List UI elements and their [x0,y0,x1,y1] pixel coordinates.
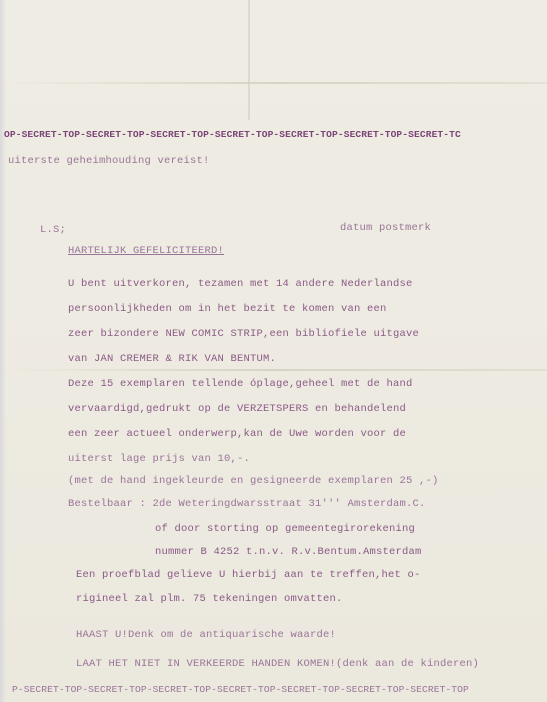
giro-line: nummer B 4252 t.n.v. R.v.Bentum.Amsterda… [155,545,422,559]
fold-line-middle [0,369,547,371]
urge-line: HAAST U!Denk om de antiquarische waarde! [76,628,336,642]
fold-crease-vertical [248,0,250,120]
giro-line: of door storting op gemeentegirorekening [155,522,415,536]
top-secret-banner-top: OP-SECRET-TOP-SECRET-TOP-SECRET-TOP-SECR… [4,128,461,142]
fold-line-top [0,82,547,84]
body-line: Deze 15 exemplaren tellende óplage,gehee… [68,377,413,391]
date-note: datum postmerk [340,221,431,235]
body-line: uiterst lage prijs van 10,-. [68,452,250,466]
body-line: van JAN CREMER & RIK VAN BENTUM. [68,352,276,366]
body-line: zeer bizondere NEW COMIC STRIP,een bibli… [68,327,419,341]
proof-line: Een proefblad gelieve U hierbij aan te t… [76,568,421,582]
headline: HARTELIJK GEFELICITEERD! [68,244,224,258]
order-address: Bestelbaar : 2de Weteringdwarsstraat 31'… [68,497,426,511]
body-line: persoonlijkheden om in het bezit te kome… [68,302,387,316]
subheading: uiterste geheimhouding vereist! [8,154,210,168]
proof-line: rigineel zal plm. 75 tekeningen omvatten… [76,592,343,606]
salutation: L.S; [40,223,66,237]
typewritten-letter: OP-SECRET-TOP-SECRET-TOP-SECRET-TOP-SECR… [0,0,547,702]
paper-edge-shadow [0,0,6,702]
warning-line: LAAT HET NIET IN VERKEERDE HANDEN KOMEN!… [76,657,479,671]
body-line: een zeer actueel onderwerp,kan de Uwe wo… [68,427,406,441]
body-line: U bent uitverkoren, tezamen met 14 ander… [68,277,413,291]
body-line: vervaardigd,gedrukt op de VERZETSPERS en… [68,402,406,416]
colored-edition-note: (met de hand ingekleurde en gesigneerde … [68,474,439,488]
top-secret-banner-bottom: P-SECRET-TOP-SECRET-TOP-SECRET-TOP-SECRE… [12,683,469,697]
